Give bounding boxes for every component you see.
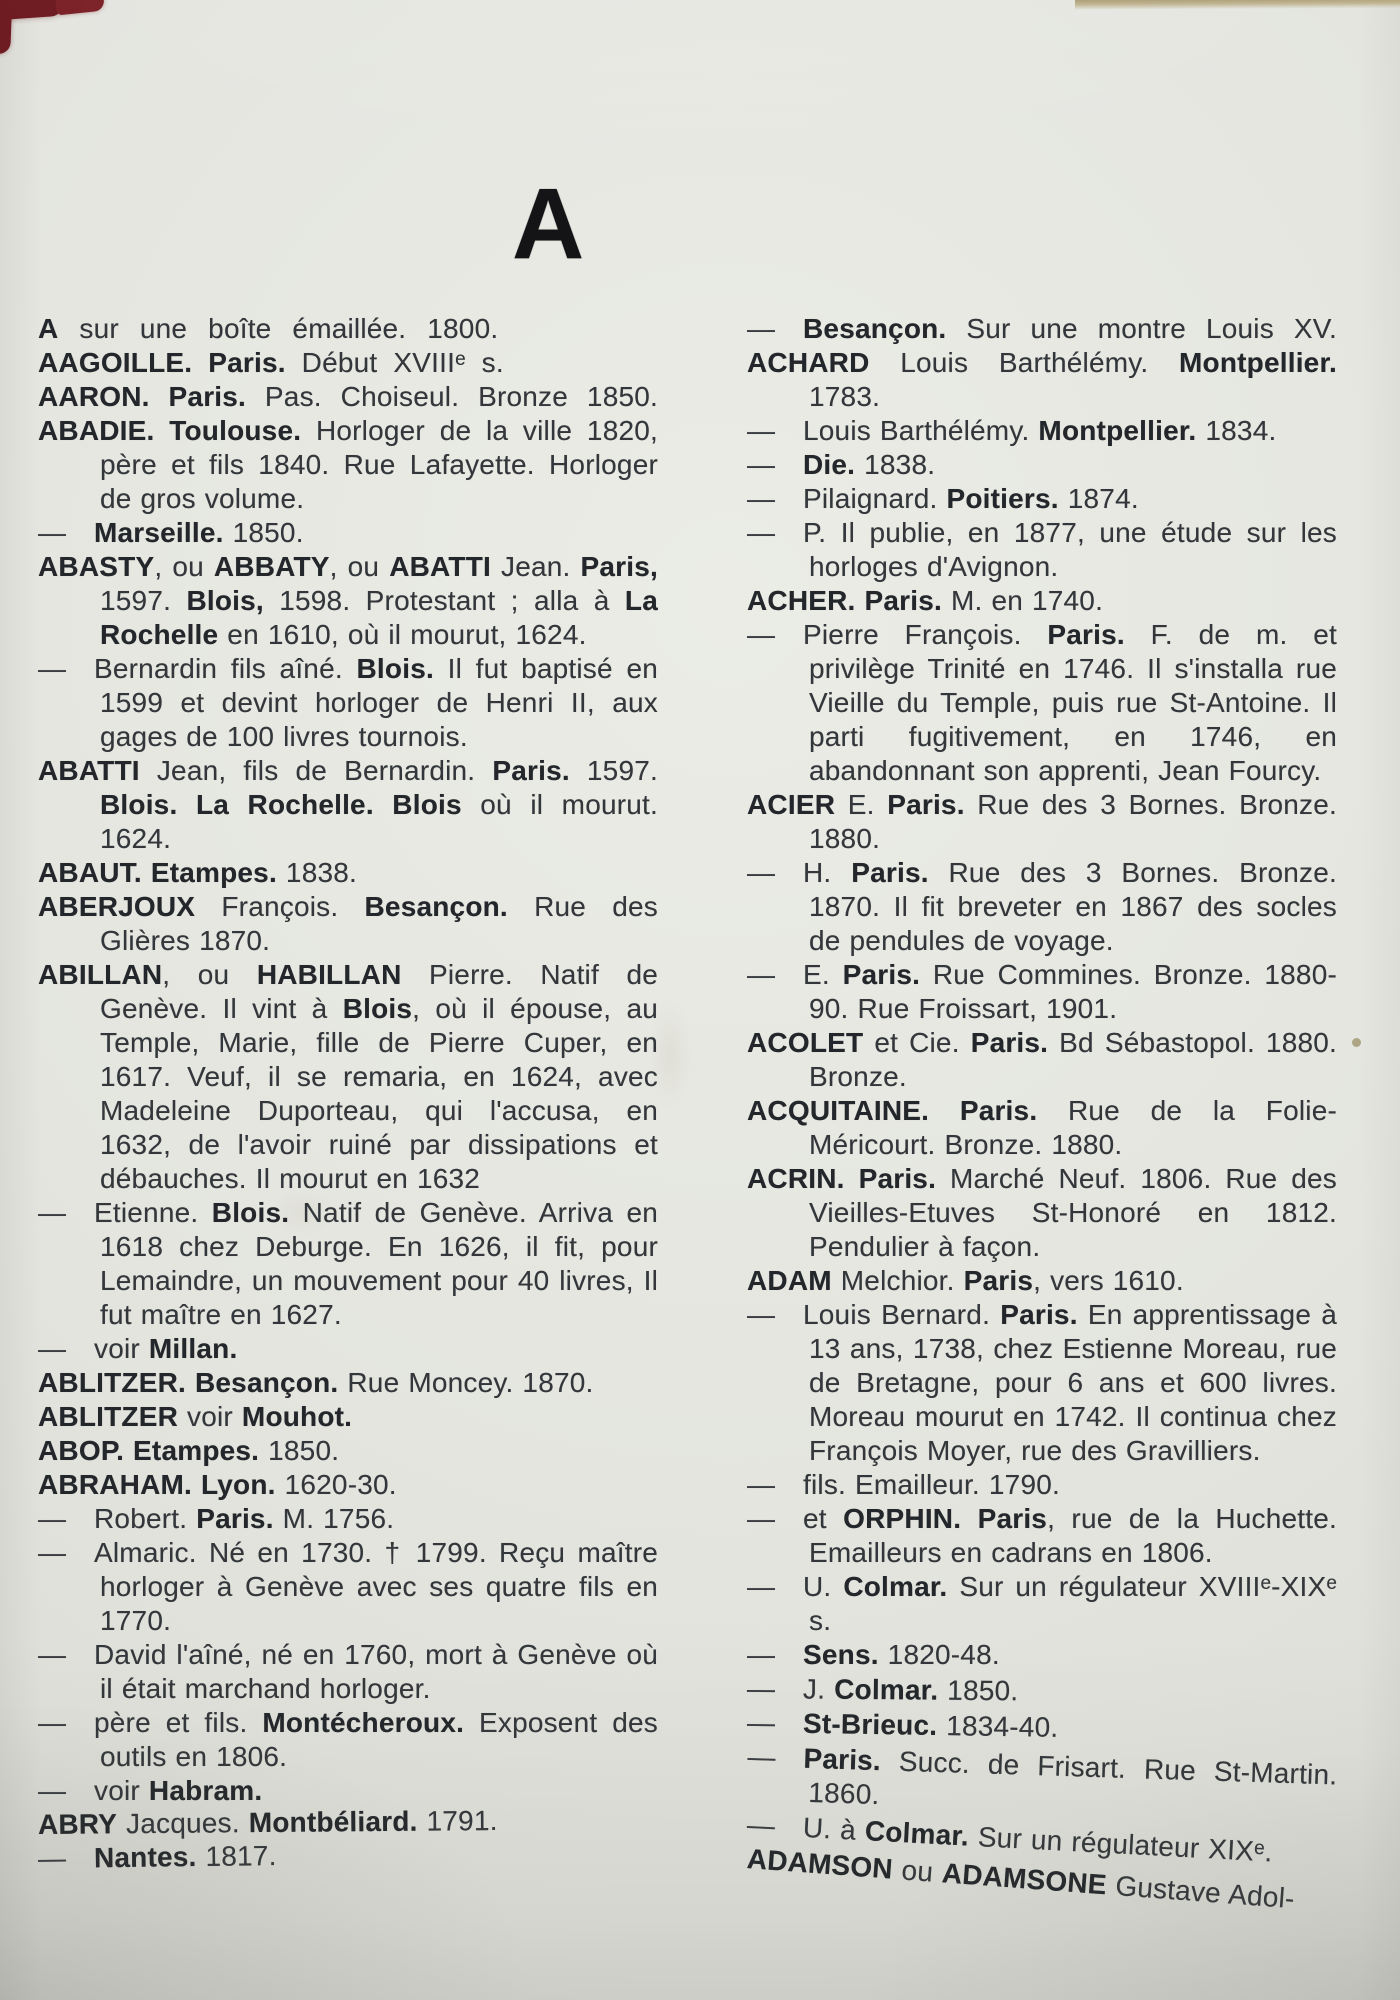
entry-segment-bold: Colmar. bbox=[843, 1571, 947, 1602]
entry-segment: Robert. bbox=[94, 1503, 196, 1534]
dictionary-entry-continuation: —voir Millan. bbox=[38, 1332, 658, 1366]
entry-dash: — bbox=[747, 1706, 804, 1741]
entry-segment: , vers 1610. bbox=[1033, 1265, 1184, 1296]
entry-segment: U. bbox=[803, 1571, 843, 1602]
dictionary-entry-continuation: —Almaric. Né en 1730. † 1799. Reçu maîtr… bbox=[38, 1536, 658, 1638]
entry-segment-bold: Montbéliard. bbox=[249, 1806, 418, 1838]
red-ink-mark-left-edge bbox=[0, 12, 12, 55]
entry-dash: — bbox=[747, 1740, 804, 1776]
entry-segment: Almaric. Né en 1730. † 1799. Reçu maître… bbox=[94, 1537, 658, 1636]
dictionary-entry: ACQUITAINE. Paris. Rue de la Folie-Méric… bbox=[747, 1094, 1337, 1162]
entry-dash: — bbox=[38, 1774, 94, 1808]
entry-segment: Gustave Adol- bbox=[1105, 1869, 1295, 1914]
dictionary-entry-continuation: —Nantes. 1817. bbox=[38, 1834, 658, 1876]
dictionary-entry: ACIER E. Paris. Rue des 3 Bornes. Bronze… bbox=[747, 788, 1337, 856]
entry-segment: fils. Emailleur. 1790. bbox=[803, 1469, 1060, 1500]
entry-segment: et Cie. bbox=[863, 1027, 970, 1058]
entry-segment-bold: Montécheroux. bbox=[262, 1707, 464, 1738]
red-ink-mark-top bbox=[55, 0, 105, 15]
entry-dash: — bbox=[38, 1196, 94, 1230]
entry-segment: 1834-40. bbox=[937, 1710, 1059, 1743]
right-column: —Besançon. Sur une montre Louis XV.ACHAR… bbox=[747, 312, 1337, 1876]
dictionary-entry: ABILLAN, ou HABILLAN Pierre. Natif de Ge… bbox=[38, 958, 658, 1196]
entry-segment: Sur une montre Louis XV. bbox=[946, 313, 1337, 344]
entry-segment: H. bbox=[803, 857, 851, 888]
entry-segment: 1850. bbox=[938, 1675, 1018, 1707]
entry-segment-bold: ACIER bbox=[747, 789, 835, 820]
entry-segment-bold: St-Brieuc. bbox=[803, 1708, 938, 1741]
scan-edge-strip bbox=[1075, 0, 1400, 10]
dictionary-entry-continuation: —David l'aîné, né en 1760, mort à Genève… bbox=[38, 1638, 658, 1706]
entry-segment: Louis Barthélémy. bbox=[870, 347, 1179, 378]
entry-segment-bold: Paris. bbox=[851, 857, 928, 888]
entry-segment-bold: Colmar. bbox=[864, 1815, 970, 1851]
dictionary-entry-continuation: —Bernardin fils aîné. Blois. Il fut bapt… bbox=[38, 652, 658, 754]
entry-segment-bold: Blois. bbox=[212, 1197, 289, 1228]
entry-dash: — bbox=[747, 1672, 803, 1706]
entry-dash: — bbox=[747, 618, 803, 652]
entry-segment: David l'aîné, né en 1760, mort à Genève … bbox=[94, 1639, 658, 1704]
entry-segment-bold: ACOLET bbox=[747, 1027, 863, 1058]
entry-segment-bold: Blois bbox=[343, 993, 412, 1024]
entry-dash: — bbox=[38, 1536, 94, 1570]
dictionary-entry: ABERJOUX François. Besançon. Rue des Gli… bbox=[38, 890, 658, 958]
entry-segment-bold: Paris bbox=[964, 1265, 1034, 1296]
entry-dash: — bbox=[747, 414, 803, 448]
dictionary-entry: ADAM Melchior. Paris, vers 1610. bbox=[747, 1264, 1337, 1298]
entry-segment-bold: Paris. bbox=[887, 789, 964, 820]
entry-segment-bold: ACRIN. Paris. bbox=[747, 1163, 936, 1194]
entry-segment: 1820-48. bbox=[879, 1639, 1000, 1670]
entry-segment-bold: Montpellier. bbox=[1179, 347, 1337, 378]
dictionary-entry: ABADIE. Toulouse. Horloger de la ville 1… bbox=[38, 414, 658, 516]
entry-dash: — bbox=[746, 1808, 804, 1845]
entry-dash: — bbox=[747, 958, 803, 992]
entry-dash: — bbox=[747, 1502, 803, 1536]
dictionary-entry: ACRIN. Paris. Marché Neuf. 1806. Rue des… bbox=[747, 1162, 1337, 1264]
entry-segment-bold: Marseille. bbox=[94, 517, 224, 548]
entry-segment-bold: ABASTY bbox=[38, 551, 154, 582]
entry-segment: Etienne. bbox=[94, 1197, 212, 1228]
entry-segment-bold: Millan. bbox=[149, 1333, 238, 1364]
entry-segment-bold: ABERJOUX bbox=[38, 891, 195, 922]
entry-segment-bold: ACHARD bbox=[747, 347, 870, 378]
entry-segment: Jacques. bbox=[117, 1807, 249, 1839]
entry-segment-bold: ABATTI bbox=[38, 755, 140, 786]
entry-segment-bold: Blois. bbox=[357, 653, 434, 684]
entry-dash: — bbox=[38, 1706, 94, 1740]
entry-segment-bold: AARON. Paris. bbox=[38, 381, 246, 412]
dictionary-entry: ABOP. Etampes. 1850. bbox=[38, 1434, 658, 1468]
dictionary-entry-continuation: —E. Paris. Rue Commines. Bronze. 1880-90… bbox=[747, 958, 1337, 1026]
entry-segment-bold: Paris. bbox=[492, 755, 569, 786]
entry-dash: — bbox=[38, 516, 94, 550]
dictionary-entry: ABATTI Jean, fils de Bernardin. Paris. 1… bbox=[38, 754, 658, 856]
red-ink-mark-top-left bbox=[0, 0, 65, 20]
entry-dash: — bbox=[38, 1332, 94, 1366]
entry-dash: — bbox=[747, 1298, 803, 1332]
dictionary-entry-continuation: —Etienne. Blois. Natif de Genève. Arriva… bbox=[38, 1196, 658, 1332]
entry-segment-bold: ACQUITAINE. Paris. bbox=[747, 1095, 1037, 1126]
entry-dash: — bbox=[747, 1570, 803, 1604]
entry-segment: Melchior. bbox=[832, 1265, 964, 1296]
entry-segment: Pierre François. bbox=[803, 619, 1047, 650]
entry-segment-bold: Nantes. bbox=[94, 1841, 197, 1873]
entry-segment-bold: Paris. bbox=[971, 1027, 1048, 1058]
entry-segment-bold: Sens. bbox=[803, 1639, 879, 1670]
entry-segment-bold: Die. bbox=[803, 449, 855, 480]
dictionary-entry: AAGOILLE. Paris. Début XVIIIᵉ s. bbox=[38, 346, 658, 380]
dictionary-entry: ACOLET et Cie. Paris. Bd Sébastopol. 188… bbox=[747, 1026, 1337, 1094]
dictionary-entry: ABRAHAM. Lyon. 1620-30. bbox=[38, 1468, 658, 1502]
entry-segment: François. bbox=[195, 891, 364, 922]
dictionary-entry-continuation: —U. Colmar. Sur un régulateur XVIIIᵉ-XIX… bbox=[747, 1570, 1337, 1638]
section-letter-heading: A bbox=[512, 186, 585, 262]
entry-segment: J. bbox=[803, 1673, 834, 1704]
dictionary-entry-continuation: —Sens. 1820-48. bbox=[747, 1638, 1337, 1672]
dictionary-entry: A sur une boîte émaillée. 1800. bbox=[38, 312, 658, 346]
dictionary-entry-continuation: —J. Colmar. 1850. bbox=[747, 1672, 1337, 1711]
entry-segment: 1850. bbox=[224, 517, 304, 548]
entry-segment-bold: ABOP. Etampes. bbox=[38, 1435, 259, 1466]
entry-segment: E. bbox=[835, 789, 887, 820]
entry-segment: , ou bbox=[330, 551, 390, 582]
entry-dash: — bbox=[747, 1638, 803, 1672]
entry-segment: ou bbox=[892, 1854, 944, 1889]
entry-segment: et bbox=[803, 1503, 843, 1534]
text-columns: A sur une boîte émaillée. 1800.AAGOILLE.… bbox=[38, 312, 1337, 1876]
entry-segment-bold: ADAM bbox=[747, 1265, 832, 1296]
entry-segment-bold: ADAMSON bbox=[746, 1843, 894, 1885]
dictionary-entry-continuation: —Besançon. Sur une montre Louis XV. bbox=[747, 312, 1337, 346]
entry-dash: — bbox=[747, 312, 803, 346]
entry-segment: 1838. bbox=[855, 449, 935, 480]
entry-segment-bold: Colmar. bbox=[834, 1674, 938, 1706]
dictionary-entry-continuation: —P. Il publie, en 1877, une étude sur le… bbox=[747, 516, 1337, 584]
dictionary-entry-continuation: —Pierre François. Paris. F. de m. et pri… bbox=[747, 618, 1337, 788]
entry-segment-bold: Paris. bbox=[803, 1743, 881, 1776]
dictionary-entry: AARON. Paris. Pas. Choiseul. Bronze 1850… bbox=[38, 380, 658, 414]
entry-segment: Bernardin fils aîné. bbox=[94, 653, 357, 684]
entry-segment: père et fils. bbox=[94, 1707, 262, 1738]
entry-segment: Jean. bbox=[491, 551, 581, 582]
entry-segment: Rue Moncey. 1870. bbox=[338, 1367, 593, 1398]
entry-segment: M. en 1740. bbox=[942, 585, 1103, 616]
dictionary-entry-continuation: —Pilaignard. Poitiers. 1874. bbox=[747, 482, 1337, 516]
dictionary-entry-continuation: —Marseille. 1850. bbox=[38, 516, 658, 550]
entry-segment: 1597. bbox=[570, 755, 658, 786]
dictionary-entry-continuation: —et ORPHIN. Paris, rue de la Huchette. E… bbox=[747, 1502, 1337, 1570]
paper-speck bbox=[1352, 1038, 1361, 1047]
entry-segment: , ou bbox=[154, 551, 214, 582]
entry-segment: Sur un régulateur XIXᵉ. bbox=[968, 1821, 1273, 1868]
entry-segment: 1834. bbox=[1196, 415, 1276, 446]
entry-segment-bold: HABILLAN bbox=[257, 959, 402, 990]
entry-segment: 1620-30. bbox=[276, 1469, 397, 1500]
entry-segment: Louis Bernard. bbox=[803, 1299, 1000, 1330]
dictionary-entry-continuation: —Die. 1838. bbox=[747, 448, 1337, 482]
entry-segment-bold: ACHER. Paris. bbox=[747, 585, 942, 616]
entry-segment: voir bbox=[178, 1401, 242, 1432]
entry-segment: 1874. bbox=[1059, 483, 1139, 514]
entry-segment-bold: Besançon. bbox=[365, 891, 508, 922]
entry-dash: — bbox=[38, 652, 94, 686]
entry-segment-bold: ABLITZER bbox=[38, 1401, 178, 1432]
entry-segment-bold: ABATTI bbox=[389, 551, 491, 582]
entry-segment: Pas. Choiseul. Bronze 1850. bbox=[246, 381, 658, 412]
entry-dash: — bbox=[747, 516, 803, 550]
book-page: A A sur une boîte émaillée. 1800.AAGOILL… bbox=[0, 0, 1400, 2000]
entry-segment-bold: ABRAHAM. Lyon. bbox=[38, 1469, 276, 1500]
entry-segment-bold: ADAMSONE bbox=[941, 1857, 1108, 1900]
entry-segment: 1597. bbox=[100, 585, 186, 616]
dictionary-entry-continuation: —père et fils. Montécheroux. Exposent de… bbox=[38, 1706, 658, 1774]
entry-segment-bold: Besançon. bbox=[803, 313, 946, 344]
entry-segment-bold: ORPHIN. Paris bbox=[843, 1503, 1047, 1534]
entry-segment-bold: Paris, bbox=[581, 551, 658, 582]
entry-segment-bold: Habram. bbox=[149, 1775, 262, 1806]
entry-dash: — bbox=[38, 1638, 94, 1672]
entry-segment-bold: Blois, bbox=[186, 585, 263, 616]
entry-segment: en 1610, où il mourut, 1624. bbox=[218, 619, 586, 650]
dictionary-entry-continuation: —Robert. Paris. M. 1756. bbox=[38, 1502, 658, 1536]
entry-segment-bold: Blois. La Rochelle. Blois bbox=[100, 789, 462, 820]
dictionary-entry: ACHER. Paris. M. en 1740. bbox=[747, 584, 1337, 618]
entry-segment: 1850. bbox=[259, 1435, 339, 1466]
dictionary-entry-continuation: —H. Paris. Rue des 3 Bornes. Bronze. 187… bbox=[747, 856, 1337, 958]
entry-segment-bold: Paris. bbox=[1000, 1299, 1077, 1330]
entry-segment: P. Il publie, en 1877, une étude sur les… bbox=[803, 517, 1337, 582]
dictionary-entry: ABLITZER voir Mouhot. bbox=[38, 1400, 658, 1434]
entry-dash: — bbox=[747, 482, 803, 516]
entry-segment: Pilaignard. bbox=[803, 483, 946, 514]
entry-segment-bold: Montpellier. bbox=[1038, 415, 1196, 446]
entry-dash: — bbox=[747, 448, 803, 482]
entry-segment: , ou bbox=[162, 959, 257, 990]
entry-segment-bold: Paris. bbox=[1047, 619, 1124, 650]
entry-segment: 1783. bbox=[809, 381, 880, 412]
left-column: A sur une boîte émaillée. 1800.AAGOILLE.… bbox=[38, 312, 658, 1876]
entry-segment: voir bbox=[94, 1333, 149, 1364]
dictionary-entry: ACHARD Louis Barthélémy. Montpellier. 17… bbox=[747, 346, 1337, 414]
entry-segment: voir bbox=[94, 1775, 149, 1806]
entry-segment: Jean, fils de Bernardin. bbox=[140, 755, 493, 786]
entry-segment: 1817. bbox=[196, 1840, 276, 1872]
entry-dash: — bbox=[747, 856, 803, 890]
entry-segment: E. bbox=[803, 959, 843, 990]
entry-segment: 1791. bbox=[417, 1805, 497, 1837]
entry-segment-bold: Poitiers. bbox=[946, 483, 1058, 514]
entry-segment-bold: Paris. bbox=[843, 959, 920, 990]
entry-segment-bold: ABLITZER. Besançon. bbox=[38, 1367, 338, 1398]
entry-segment: Succ. de Frisart. Rue St-Martin. 1860. bbox=[808, 1745, 1338, 1810]
entry-segment: 1838. bbox=[277, 857, 357, 888]
dictionary-entry-continuation: —Louis Barthélémy. Montpellier. 1834. bbox=[747, 414, 1337, 448]
entry-segment-bold: A bbox=[38, 313, 58, 344]
entry-segment-bold: Mouhot. bbox=[242, 1401, 352, 1432]
entry-segment-bold: Paris. bbox=[196, 1503, 273, 1534]
entry-segment: Début XVIIIᵉ s. bbox=[286, 347, 504, 378]
entry-dash: — bbox=[38, 1841, 94, 1876]
entry-segment: sur une boîte émaillée. 1800. bbox=[58, 313, 498, 344]
entry-segment-bold: ABILLAN bbox=[38, 959, 162, 990]
entry-segment: 1598. Protestant ; alla à bbox=[264, 585, 625, 616]
entry-segment: U. à bbox=[802, 1812, 866, 1846]
entry-segment-bold: ABAUT. Etampes. bbox=[38, 857, 277, 888]
dictionary-entry-continuation: —fils. Emailleur. 1790. bbox=[747, 1468, 1337, 1502]
entry-dash: — bbox=[38, 1502, 94, 1536]
entry-segment-bold: ABBATY bbox=[214, 551, 330, 582]
entry-dash: — bbox=[747, 1468, 803, 1502]
dictionary-entry: ABASTY, ou ABBATY, ou ABATTI Jean. Paris… bbox=[38, 550, 658, 652]
dictionary-entry: ABAUT. Etampes. 1838. bbox=[38, 856, 658, 890]
dictionary-entry: ABLITZER. Besançon. Rue Moncey. 1870. bbox=[38, 1366, 658, 1400]
dictionary-entry-continuation: —Louis Bernard. Paris. En apprentissage … bbox=[747, 1298, 1337, 1468]
entry-segment-bold: AAGOILLE. Paris. bbox=[38, 347, 286, 378]
entry-segment: Louis Barthélémy. bbox=[803, 415, 1038, 446]
entry-segment: M. 1756. bbox=[274, 1503, 395, 1534]
entry-segment-bold: ABADIE. Toulouse. bbox=[38, 415, 301, 446]
entry-segment-bold: ABRY bbox=[38, 1808, 117, 1840]
